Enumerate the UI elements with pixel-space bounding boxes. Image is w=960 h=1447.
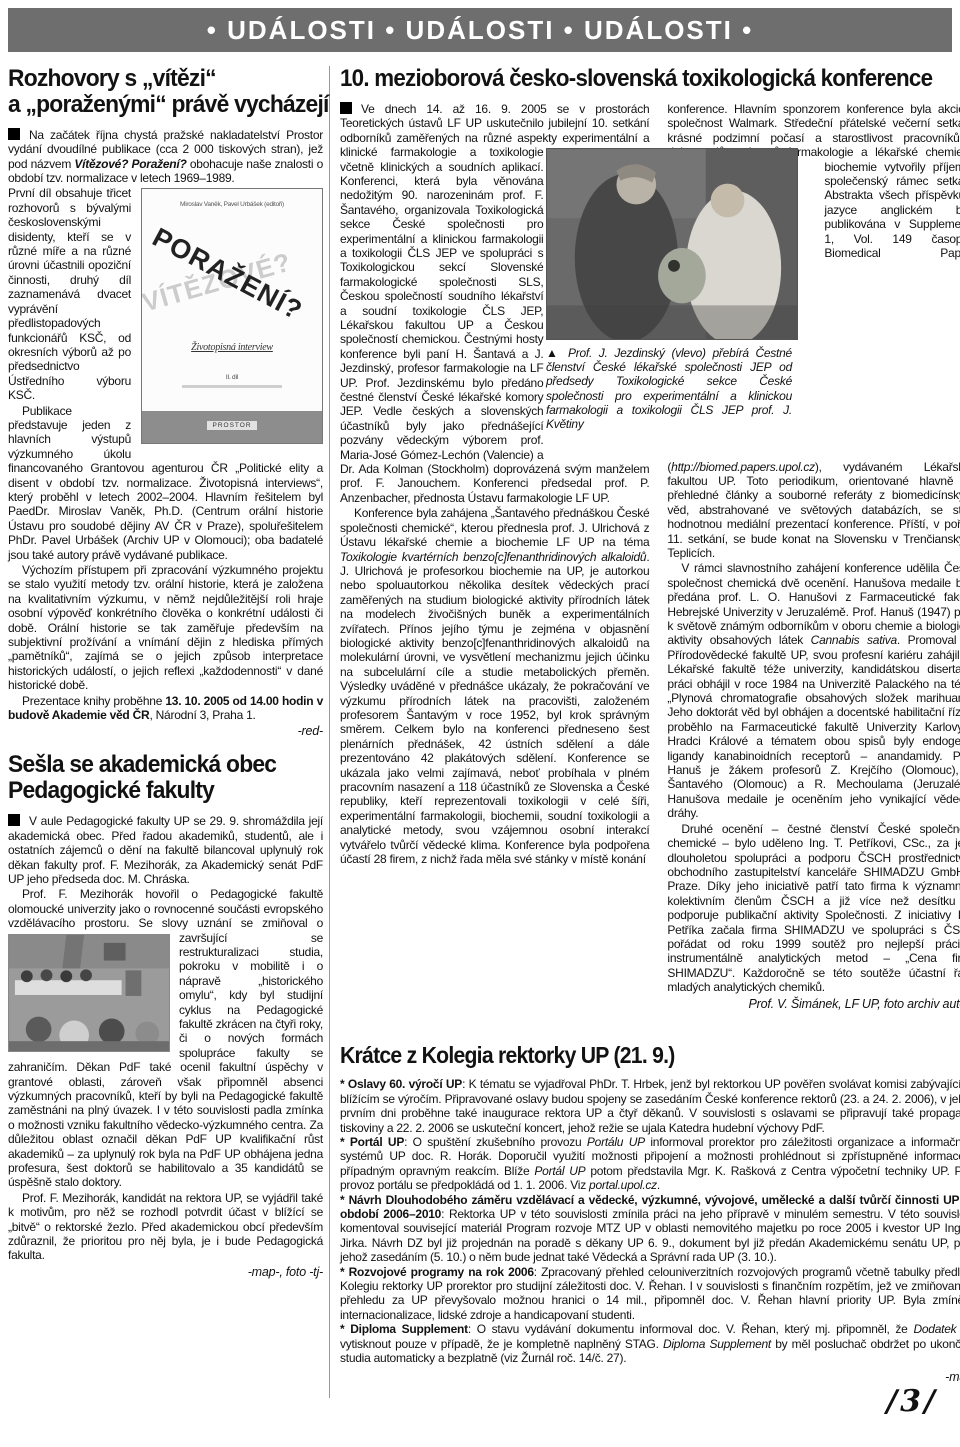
article2-paragraph-1: V aule Pedagogické fakulty UP se 29. 9. … (8, 814, 323, 886)
page-content: Rozhovory s „vítězi“ a „poraženými“ práv… (8, 64, 952, 1398)
conference-photo (546, 148, 798, 340)
article1-paragraph-1-text: Na začátek října chystá pražské nakladat… (8, 128, 323, 185)
kolegium-title: Krátce z Kolegia rektorky UP (21. 9.) (340, 1043, 960, 1068)
article1-title: Rozhovory s „vítězi“ a „poraženými“ práv… (8, 66, 323, 118)
article1-paragraph-5: Prezentace knihy proběhne 13. 10. 2005 o… (8, 694, 323, 723)
article1-title-line1: Rozhovory s „vítězi“ (8, 66, 307, 92)
conference-paragraph-2: Konference byla zahájena „Šantavého před… (340, 506, 649, 866)
book-cover-note-line (182, 385, 282, 388)
article2-title-line1: Sešla se akademická obec (8, 752, 307, 778)
conference-paragraph-4: V rámci slavnostního zahájení konference… (667, 561, 960, 820)
newspaper-page: • UDÁLOSTI • UDÁLOSTI • UDÁLOSTI • Rozho… (0, 0, 960, 1447)
article1-signature: -red- (8, 724, 323, 738)
kolegium-section: Krátce z Kolegia rektorky UP (21. 9.) * … (340, 1043, 960, 1384)
book-cover-publisher: PROSTOR (142, 419, 322, 433)
kolegium-item-3: * Návrh Dlouhodobého záměru vzdělávací a… (340, 1193, 960, 1265)
conference-photo-graphic (547, 149, 797, 339)
article1-paragraph-1: Na začátek října chystá pražské nakladat… (8, 128, 323, 186)
book-cover-image: Miroslav Vaněk, Pavel Urbášek (editoři)V… (141, 188, 323, 444)
faculty-assembly-photo-graphic (9, 935, 169, 1051)
kolegium-item-2: * Portál UP: O spuštění zkušebního provo… (340, 1135, 960, 1193)
page-number: /3/ (886, 1384, 938, 1419)
article2-paragraph-3: Prof. F. Mezihorák, kandidát na rektora … (8, 1191, 323, 1263)
article2-title-line2: Pedagogické fakulty (8, 778, 307, 804)
book-cover-subtitle: Životopisná interview (142, 341, 322, 355)
kolegium-item-1: * Oslavy 60. výročí UP: K tématu se vyja… (340, 1077, 960, 1135)
conference-signature: Prof. V. Šimánek, LF UP, foto archiv aut… (667, 997, 960, 1011)
section-banner-text: • UDÁLOSTI • UDÁLOSTI • UDÁLOSTI • (207, 15, 753, 45)
column-rule (329, 66, 330, 1398)
lead-square-icon (8, 814, 20, 826)
article2-title: Sešla se akademická obec Pedagogické fak… (8, 752, 323, 804)
article2-signature: -map-, foto -tj- (8, 1265, 323, 1279)
book-cover-volume: II. díl (142, 371, 322, 385)
article1-paragraph-2-text: První díl obsahuje třicet rozhovorů s bý… (8, 186, 131, 402)
faculty-assembly-photo (8, 934, 170, 1052)
conference-title: 10. mezioborová česko-slovenská toxikolo… (340, 66, 960, 92)
article1-paragraph-2: Miroslav Vaněk, Pavel Urbášek (editoři)V… (8, 186, 323, 402)
right-area: 10. mezioborová česko-slovenská toxikolo… (334, 64, 960, 1398)
section-banner: • UDÁLOSTI • UDÁLOSTI • UDÁLOSTI • (8, 8, 952, 52)
left-column: Rozhovory s „vítězi“ a „poraženými“ práv… (8, 64, 323, 1398)
conference-paragraph-5: Druhé ocenění – čestné členství České sp… (667, 822, 960, 995)
article2-paragraph-2: Prof. F. Mezihorák hovořil o Pedagogické… (8, 887, 323, 1190)
article1-paragraph-4: Výchozím přístupem při zpracování výzkum… (8, 563, 323, 693)
kolegium-item-4: * Rozvojové programy na rok 2006: Zpraco… (340, 1265, 960, 1323)
kolegium-item-5: * Diploma Supplement: O stavu vydávání d… (340, 1322, 960, 1365)
article1-title-line2: a „poraženými“ právě vycházejí (8, 92, 307, 118)
conference-photo-caption: ▲ Prof. J. Jezdinský (vlevo) přebírá Čes… (546, 346, 792, 431)
kolegium-signature: -map- (340, 1370, 960, 1384)
lead-square-icon (340, 102, 352, 114)
lead-square-icon (8, 128, 20, 140)
book-cover-authors: Miroslav Vaněk, Pavel Urbášek (editoři) (142, 198, 322, 212)
